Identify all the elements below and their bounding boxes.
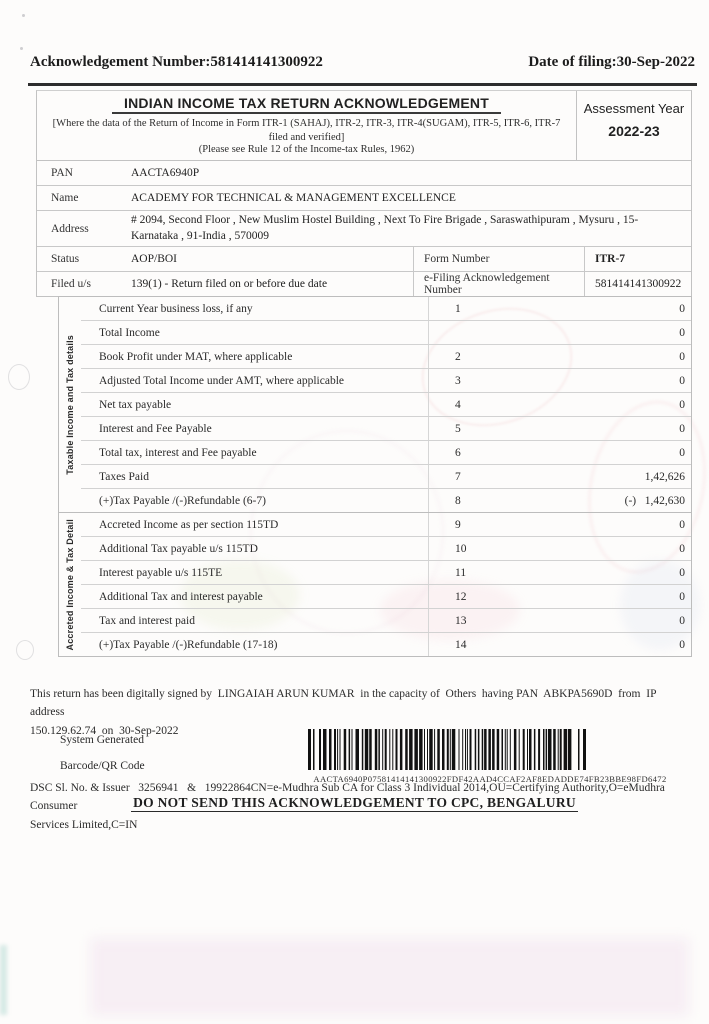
- row-serial: 2: [428, 345, 550, 368]
- row-serial: 3: [428, 369, 550, 392]
- row-label: Total Income: [81, 327, 428, 339]
- status-value: AOP/BOI: [131, 253, 413, 265]
- section-vertical-label: Accreted Income & Tax Detail: [59, 513, 81, 656]
- punch-hole-mark: [8, 364, 30, 390]
- tax-table-row: Accreted Income as per section 115TD90: [81, 513, 691, 537]
- address-value: # 2094, Second Floor , New Muslim Hostel…: [131, 211, 691, 246]
- row-value: 0: [550, 303, 691, 315]
- tax-table-row: Interest payable u/s 115TE110: [81, 561, 691, 585]
- row-serial: 6: [428, 441, 550, 464]
- status-label: Status: [37, 253, 131, 265]
- form-title: INDIAN INCOME TAX RETURN ACKNOWLEDGEMENT: [112, 95, 501, 114]
- row-serial: 12: [428, 585, 550, 608]
- assessment-year-cell: Assessment Year 2022-23: [577, 91, 691, 160]
- scan-speck: [20, 47, 23, 50]
- date-of-filing: Date of filing:30-Sep-2022: [528, 54, 695, 71]
- tax-table-row: Adjusted Total Income under AMT, where a…: [81, 369, 691, 393]
- pan-row: PAN AACTA6940P: [37, 161, 691, 186]
- row-label: Tax and interest paid: [81, 615, 428, 627]
- scan-edge-mark: [0, 945, 7, 1015]
- title-row: INDIAN INCOME TAX RETURN ACKNOWLEDGEMENT…: [37, 91, 691, 161]
- row-serial: 10: [428, 537, 550, 560]
- assessment-year-label: Assessment Year: [577, 101, 691, 116]
- row-value: (-) 1,42,630: [550, 495, 691, 507]
- row-label: Total tax, interest and Fee payable: [81, 447, 428, 459]
- row-label: (+)Tax Payable /(-)Refundable (6-7): [81, 495, 428, 507]
- row-serial: 1: [428, 297, 550, 320]
- barcode: [308, 729, 588, 770]
- form-number-label: Form Number: [413, 247, 584, 271]
- barcode-qr-label: Barcode/QR Code: [60, 760, 145, 772]
- name-label: Name: [37, 192, 131, 204]
- status-row: Status AOP/BOI Form Number ITR-7: [37, 247, 691, 272]
- row-label: Accreted Income as per section 115TD: [81, 519, 428, 531]
- system-generated-label: System Generated: [60, 734, 144, 746]
- efiling-ack-label: e-Filing Acknowledgement Number: [413, 272, 584, 296]
- pan-value: AACTA6940P: [131, 167, 691, 179]
- address-row: Address # 2094, Second Floor , New Musli…: [37, 211, 691, 247]
- assessment-year-value: 2022-23: [577, 123, 691, 139]
- header-divider: [28, 83, 697, 86]
- section-vertical-label: Taxable Income and Tax details: [59, 297, 81, 512]
- row-serial: 13: [428, 609, 550, 632]
- tax-table-row: Additional Tax and interest payable120: [81, 585, 691, 609]
- filed-us-value: 139(1) - Return filed on or before due d…: [131, 278, 413, 290]
- row-value: 0: [550, 543, 691, 555]
- row-label: Additional Tax and interest payable: [81, 591, 428, 603]
- tax-table-row: Interest and Fee Payable50: [81, 417, 691, 441]
- itr-acknowledgement-page: Acknowledgement Number:581414141300922 D…: [0, 0, 709, 1024]
- title-cell: INDIAN INCOME TAX RETURN ACKNOWLEDGEMENT…: [37, 91, 577, 160]
- name-row: Name ACADEMY FOR TECHNICAL & MANAGEMENT …: [37, 186, 691, 211]
- tax-table-row: Total tax, interest and Fee payable60: [81, 441, 691, 465]
- row-label: Current Year business loss, if any: [81, 303, 428, 315]
- row-serial: 8: [428, 489, 550, 512]
- row-serial: 4: [428, 393, 550, 416]
- filed-us-label: Filed u/s: [37, 278, 131, 290]
- row-label: Taxes Paid: [81, 471, 428, 483]
- pan-label: PAN: [37, 167, 131, 179]
- tax-table: Taxable Income and Tax detailsCurrent Ye…: [58, 296, 692, 657]
- row-label: Interest and Fee Payable: [81, 423, 428, 435]
- scan-tint: [90, 938, 689, 1016]
- tax-table-row: Total Income0: [81, 321, 691, 345]
- row-serial: 7: [428, 465, 550, 488]
- form-number-value: ITR-7: [584, 247, 691, 271]
- warning-text: DO NOT SEND THIS ACKNOWLEDGEMENT TO CPC,…: [131, 795, 578, 812]
- barcode-svg: [308, 729, 588, 770]
- row-serial: 5: [428, 417, 550, 440]
- scan-speck: [22, 14, 25, 17]
- row-value: 0: [550, 351, 691, 363]
- tax-table-section: Accreted Income & Tax DetailAccreted Inc…: [59, 513, 691, 656]
- form-header-box: INDIAN INCOME TAX RETURN ACKNOWLEDGEMENT…: [36, 90, 692, 297]
- tax-table-row: Current Year business loss, if any10: [81, 297, 691, 321]
- row-value: 0: [550, 399, 691, 411]
- rule-note: (Please see Rule 12 of the Income-tax Ru…: [43, 144, 570, 155]
- row-label: Interest payable u/s 115TE: [81, 567, 428, 579]
- efiling-ack-value: 581414141300922: [584, 272, 691, 296]
- form-subtitle: [Where the data of the Return of Income …: [43, 117, 570, 144]
- filed-row: Filed u/s 139(1) - Return filed on or be…: [37, 272, 691, 296]
- row-value: 0: [550, 519, 691, 531]
- row-serial: 11: [428, 561, 550, 584]
- row-value: 0: [550, 327, 691, 339]
- acknowledgement-number: Acknowledgement Number:581414141300922: [30, 54, 323, 71]
- tax-table-row: Net tax payable40: [81, 393, 691, 417]
- address-label: Address: [37, 223, 131, 235]
- row-label: Book Profit under MAT, where applicable: [81, 351, 428, 363]
- barcode-text: AACTA6940P07581414141300922FDF42AAD4CCAF…: [290, 774, 690, 784]
- tax-table-row: (+)Tax Payable /(-)Refundable (6-7)8(-) …: [81, 489, 691, 512]
- row-value: 0: [550, 423, 691, 435]
- row-value: 0: [550, 567, 691, 579]
- row-serial: [428, 321, 550, 344]
- row-serial: 9: [428, 513, 550, 536]
- tax-table-section: Taxable Income and Tax detailsCurrent Ye…: [59, 297, 691, 513]
- row-label: Adjusted Total Income under AMT, where a…: [81, 375, 428, 387]
- warning-banner: DO NOT SEND THIS ACKNOWLEDGEMENT TO CPC,…: [0, 794, 709, 812]
- row-value: 0: [550, 591, 691, 603]
- tax-table-row: Tax and interest paid130: [81, 609, 691, 633]
- name-value: ACADEMY FOR TECHNICAL & MANAGEMENT EXCEL…: [131, 192, 691, 204]
- row-value: 0: [550, 375, 691, 387]
- row-label: Net tax payable: [81, 399, 428, 411]
- row-label: Additional Tax payable u/s 115TD: [81, 543, 428, 555]
- tax-table-row: Taxes Paid71,42,626: [81, 465, 691, 489]
- row-value: 0: [550, 447, 691, 459]
- row-value: 0: [550, 615, 691, 627]
- tax-table-row: Book Profit under MAT, where applicable2…: [81, 345, 691, 369]
- tax-table-row: Additional Tax payable u/s 115TD100: [81, 537, 691, 561]
- row-value: 1,42,626: [550, 471, 691, 483]
